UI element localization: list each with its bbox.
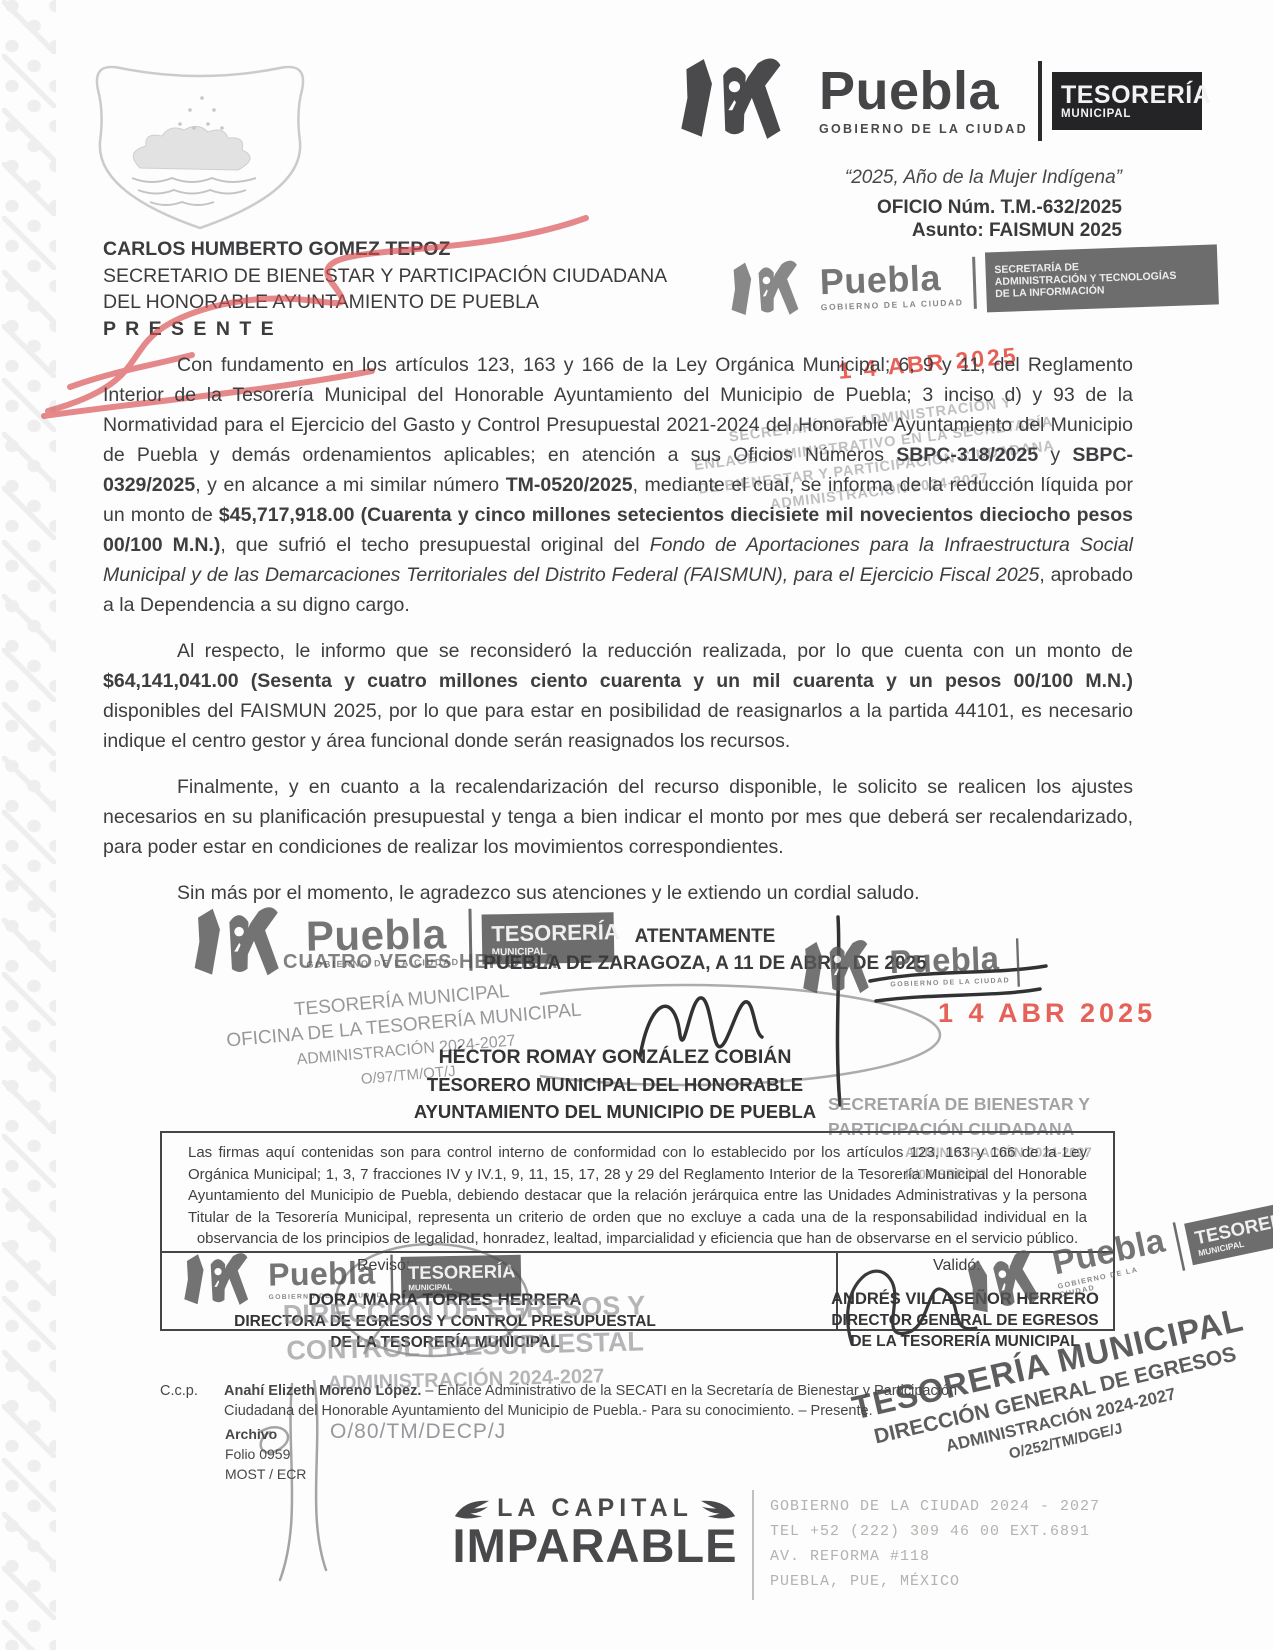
ccp-files: Archivo Folio 0959 MOST / ECR (225, 1424, 306, 1484)
puebla-stamp-right: Puebla GOBIERNO DE LA CIUDAD (792, 932, 1028, 1001)
ccp-folio: Folio 0959 (225, 1444, 306, 1464)
badge-line1: TESORERÍA (1061, 82, 1193, 108)
sati-stamp: Puebla GOBIERNO DE LA CIUDAD SECRETARÍA … (721, 243, 1219, 322)
paragraph-1: Con fundamento en los artículos 123, 163… (103, 350, 1133, 620)
footer-address: GOBIERNO DE LA CIUDAD 2024 - 2027 TEL +5… (752, 1490, 1100, 1600)
letter-body: Con fundamento en los artículos 123, 163… (103, 350, 1133, 924)
signer-title: TESORERO MUNICIPAL DEL HONORABLE (380, 1071, 850, 1098)
wing-icon (699, 1497, 737, 1520)
puebla-mark-icon (664, 55, 809, 147)
capital-imparable-logo: LA CAPITAL IMPARABLE (450, 1494, 740, 1569)
egresos-ref-stamp: O/80/TM/DECP/J (330, 1420, 506, 1444)
logo-divider (1038, 61, 1042, 141)
oficio-number: OFICIO Núm. T.M.-632/2025 (877, 197, 1122, 219)
document-page: Puebla GOBIERNO DE LA CIUDAD TESORERÍA M… (0, 0, 1273, 1650)
address-line: TEL +52 (222) 309 46 00 EXT.6891 (770, 1519, 1100, 1544)
brand-wordmark: Puebla (819, 260, 963, 299)
badge-line2: MUNICIPAL (1061, 108, 1193, 120)
oficio-subject: Asunto: FAISMUN 2025 (912, 220, 1122, 242)
ccp-archivo: Archivo (225, 1424, 306, 1444)
wing-icon (453, 1497, 491, 1520)
ccp-label: C.c.p. (160, 1381, 224, 1421)
brand-wordmark: Puebla (819, 66, 1028, 116)
puebla-mark-icon (792, 937, 886, 1001)
tesoreria-badge: TESORERÍA MUNICIPAL (1052, 72, 1202, 130)
brand-subtitle: GOBIERNO DE LA CIUDAD (819, 122, 1028, 136)
address-line: AV. REFORMA #118 (770, 1544, 1100, 1569)
stamp-line: SECRETARÍA DE BIENESTAR Y (828, 1092, 1090, 1117)
legal-disclaimer: Las firmas aquí contenidas son para cont… (162, 1133, 1113, 1250)
address-line: PUEBLA, PUE, MÉXICO (770, 1569, 1100, 1594)
signer-name: HÉCTOR ROMAY GONZÁLEZ COBIÁN (380, 1044, 850, 1071)
signer-title: AYUNTAMIENTO DEL MUNICIPIO DE PUEBLA (380, 1098, 850, 1125)
year-motto: “2025, Año de la Mujer Indígena” (845, 167, 1122, 189)
brand-wordmark: Puebla (889, 942, 1010, 977)
signer-block: HÉCTOR ROMAY GONZÁLEZ COBIÁN TESORERO MU… (380, 1044, 850, 1125)
puebla-mark-icon (721, 257, 815, 322)
paragraph-3: Finalmente, y en cuanto a la recalendari… (103, 772, 1133, 862)
paragraph-2: Al respecto, le informo que se reconside… (103, 636, 1133, 756)
ccp-initials: MOST / ECR (225, 1464, 306, 1484)
tesoreria-header-logo: Puebla GOBIERNO DE LA CIUDAD TESORERÍA M… (664, 55, 1202, 147)
imparable-text: IMPARABLE (450, 1523, 740, 1569)
received-date-stamp: 1 4 ABR 2025 (938, 998, 1156, 1029)
brand-wordmark: Puebla (306, 913, 460, 956)
address-line: GOBIERNO DE LA CIUDAD 2024 - 2027 (770, 1494, 1100, 1519)
